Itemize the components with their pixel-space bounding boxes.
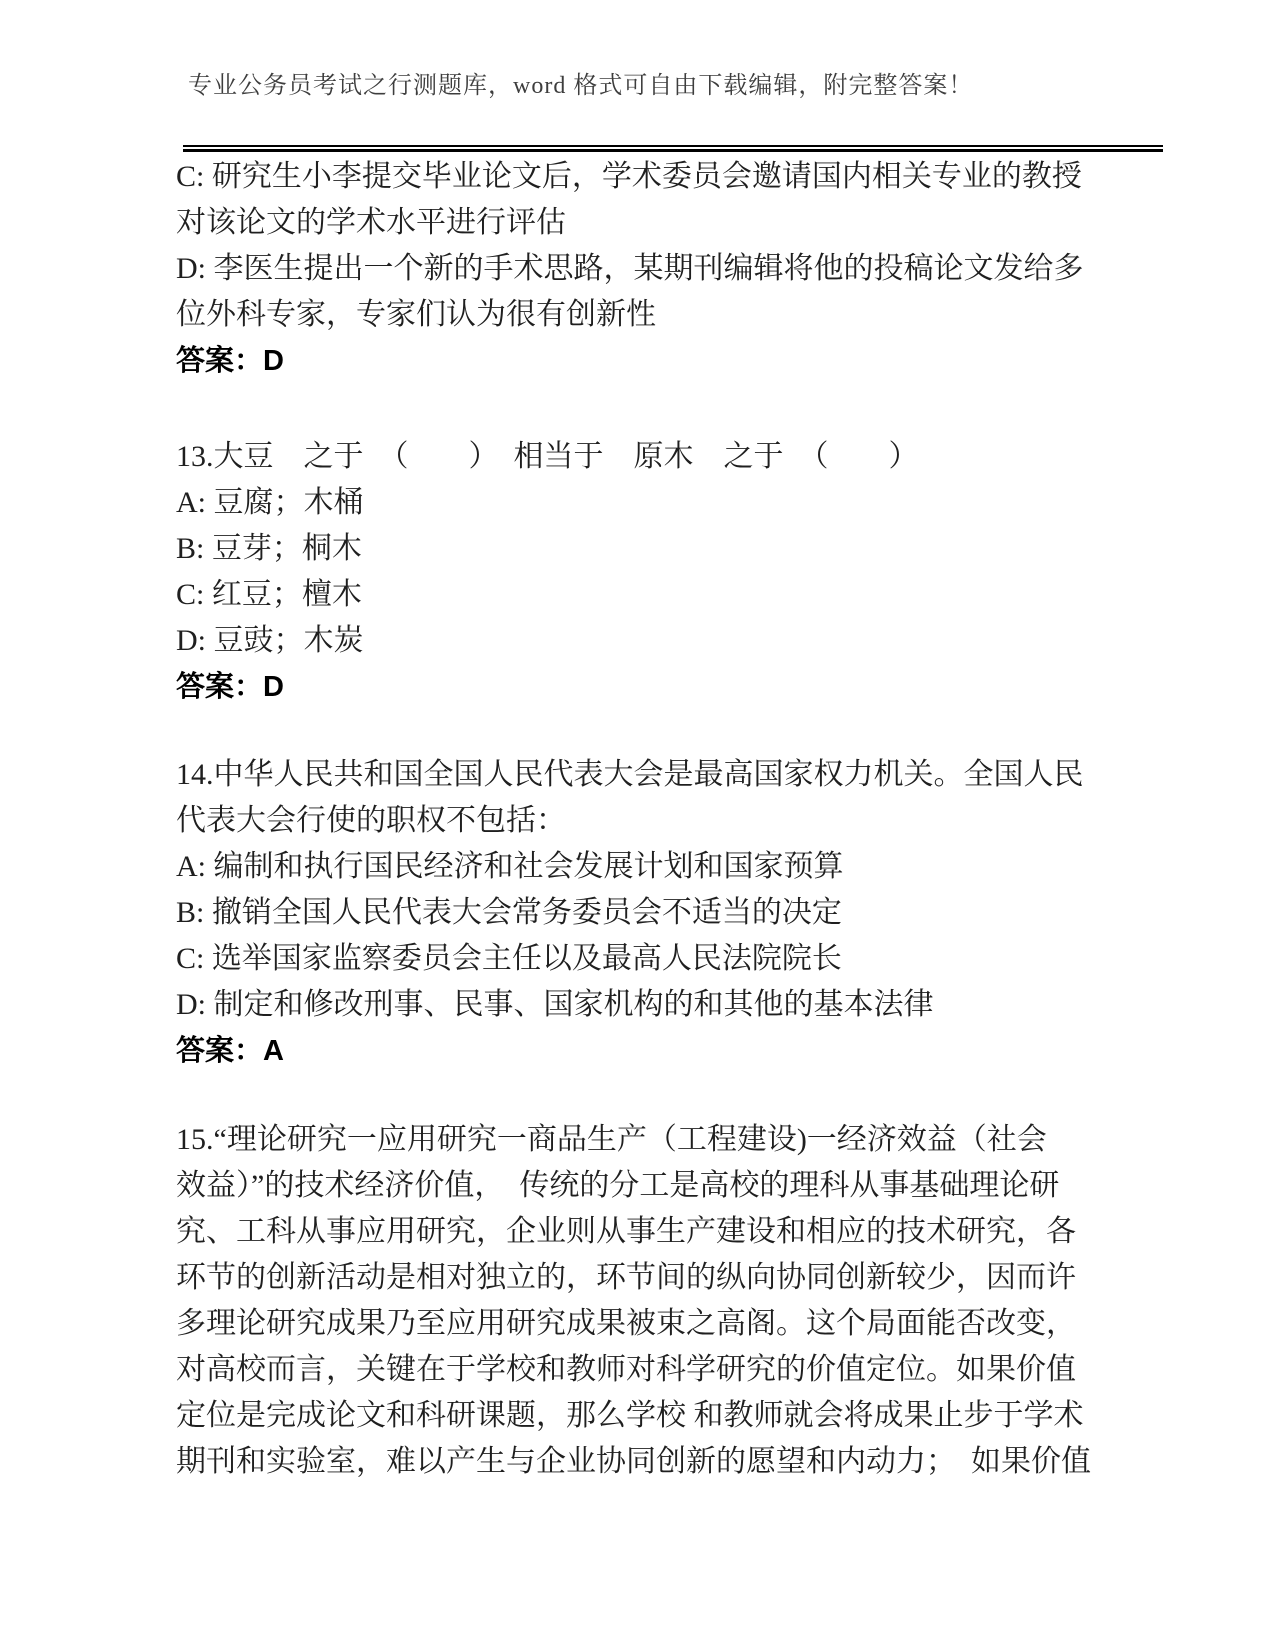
question-14-block: 14.中华人民共和国全国人民代表大会是最高国家权力机关。全国人民 代表大会行使的… <box>176 752 1112 1074</box>
block-spacer <box>176 1074 1112 1117</box>
question-title: 14.中华人民共和国全国人民代表大会是最高国家权力机关。全国人民 <box>176 752 1112 798</box>
passage-line: 环节的创新活动是相对独立的，环节间的纵向协同创新较少，因而许 <box>176 1255 1112 1301</box>
passage-line: 定位是完成论文和科研课题，那么学校 和教师就会将成果止步于学术 <box>176 1393 1112 1439</box>
option-line-b: B: 撤销全国人民代表大会常务委员会不适当的决定 <box>176 890 1112 936</box>
document-body: C: 研究生小李提交毕业论文后，学术委员会邀请国内相关专业的教授 对该论文的学术… <box>176 154 1112 1485</box>
answer-line: 答案：D <box>176 338 1112 384</box>
header-text: 专业公务员考试之行测题库，word 格式可自由下载编辑，附完整答案！ <box>188 72 973 100</box>
option-line-a: A: 豆腐；木桶 <box>176 480 1112 526</box>
option-line-c: C: 选举国家监察委员会主任以及最高人民法院院长 <box>176 936 1112 982</box>
option-line-c-wrap: 对该论文的学术水平进行评估 <box>176 200 1112 246</box>
question-title-wrap: 代表大会行使的职权不包括： <box>176 798 1112 844</box>
header-rule <box>183 145 1163 152</box>
question-13-block: 13.大豆 之于 （ ） 相当于 原木 之于 （ ） A: 豆腐；木桶 B: 豆… <box>176 434 1112 710</box>
answer-line: 答案：D <box>176 664 1112 710</box>
document-page: 专业公务员考试之行测题库，word 格式可自由下载编辑，附完整答案！ C: 研究… <box>0 0 1275 1650</box>
option-line-d: D: 李医生提出一个新的手术思路，某期刊编辑将他的投稿论文发给多 <box>176 246 1112 292</box>
option-line-c: C: 红豆；檀木 <box>176 572 1112 618</box>
question-12-block: C: 研究生小李提交毕业论文后，学术委员会邀请国内相关专业的教授 对该论文的学术… <box>176 154 1112 384</box>
block-spacer <box>176 710 1112 752</box>
option-line-b: B: 豆芽；桐木 <box>176 526 1112 572</box>
question-title: 13.大豆 之于 （ ） 相当于 原木 之于 （ ） <box>176 434 1112 480</box>
passage-line: 究、工科从事应用研究，企业则从事生产建设和相应的技术研究，各 <box>176 1209 1112 1255</box>
option-line-d: D: 制定和修改刑事、民事、国家机构的和其他的基本法律 <box>176 982 1112 1028</box>
passage-line: 效益）”的技术经济价值， 传统的分工是高校的理科从事基础理论研 <box>176 1163 1112 1209</box>
option-line-c: C: 研究生小李提交毕业论文后，学术委员会邀请国内相关专业的教授 <box>176 154 1112 200</box>
option-line-d: D: 豆豉；木炭 <box>176 618 1112 664</box>
option-line-d-wrap: 位外科专家，专家们认为很有创新性 <box>176 292 1112 338</box>
passage-line: 15.“理论研究一应用研究一商品生产（工程建设)一经济效益（社会 <box>176 1117 1112 1163</box>
option-line-a: A: 编制和执行国民经济和社会发展计划和国家预算 <box>176 844 1112 890</box>
passage-line: 对高校而言，关键在于学校和教师对科学研究的价值定位。如果价值 <box>176 1347 1112 1393</box>
passage-line: 多理论研究成果乃至应用研究成果被束之高阁。这个局面能否改变， <box>176 1301 1112 1347</box>
block-spacer <box>176 384 1112 434</box>
answer-line: 答案：A <box>176 1028 1112 1074</box>
question-15-block: 15.“理论研究一应用研究一商品生产（工程建设)一经济效益（社会 效益）”的技术… <box>176 1117 1112 1485</box>
passage-line: 期刊和实验室，难以产生与企业协同创新的愿望和内动力； 如果价值 <box>176 1439 1112 1485</box>
